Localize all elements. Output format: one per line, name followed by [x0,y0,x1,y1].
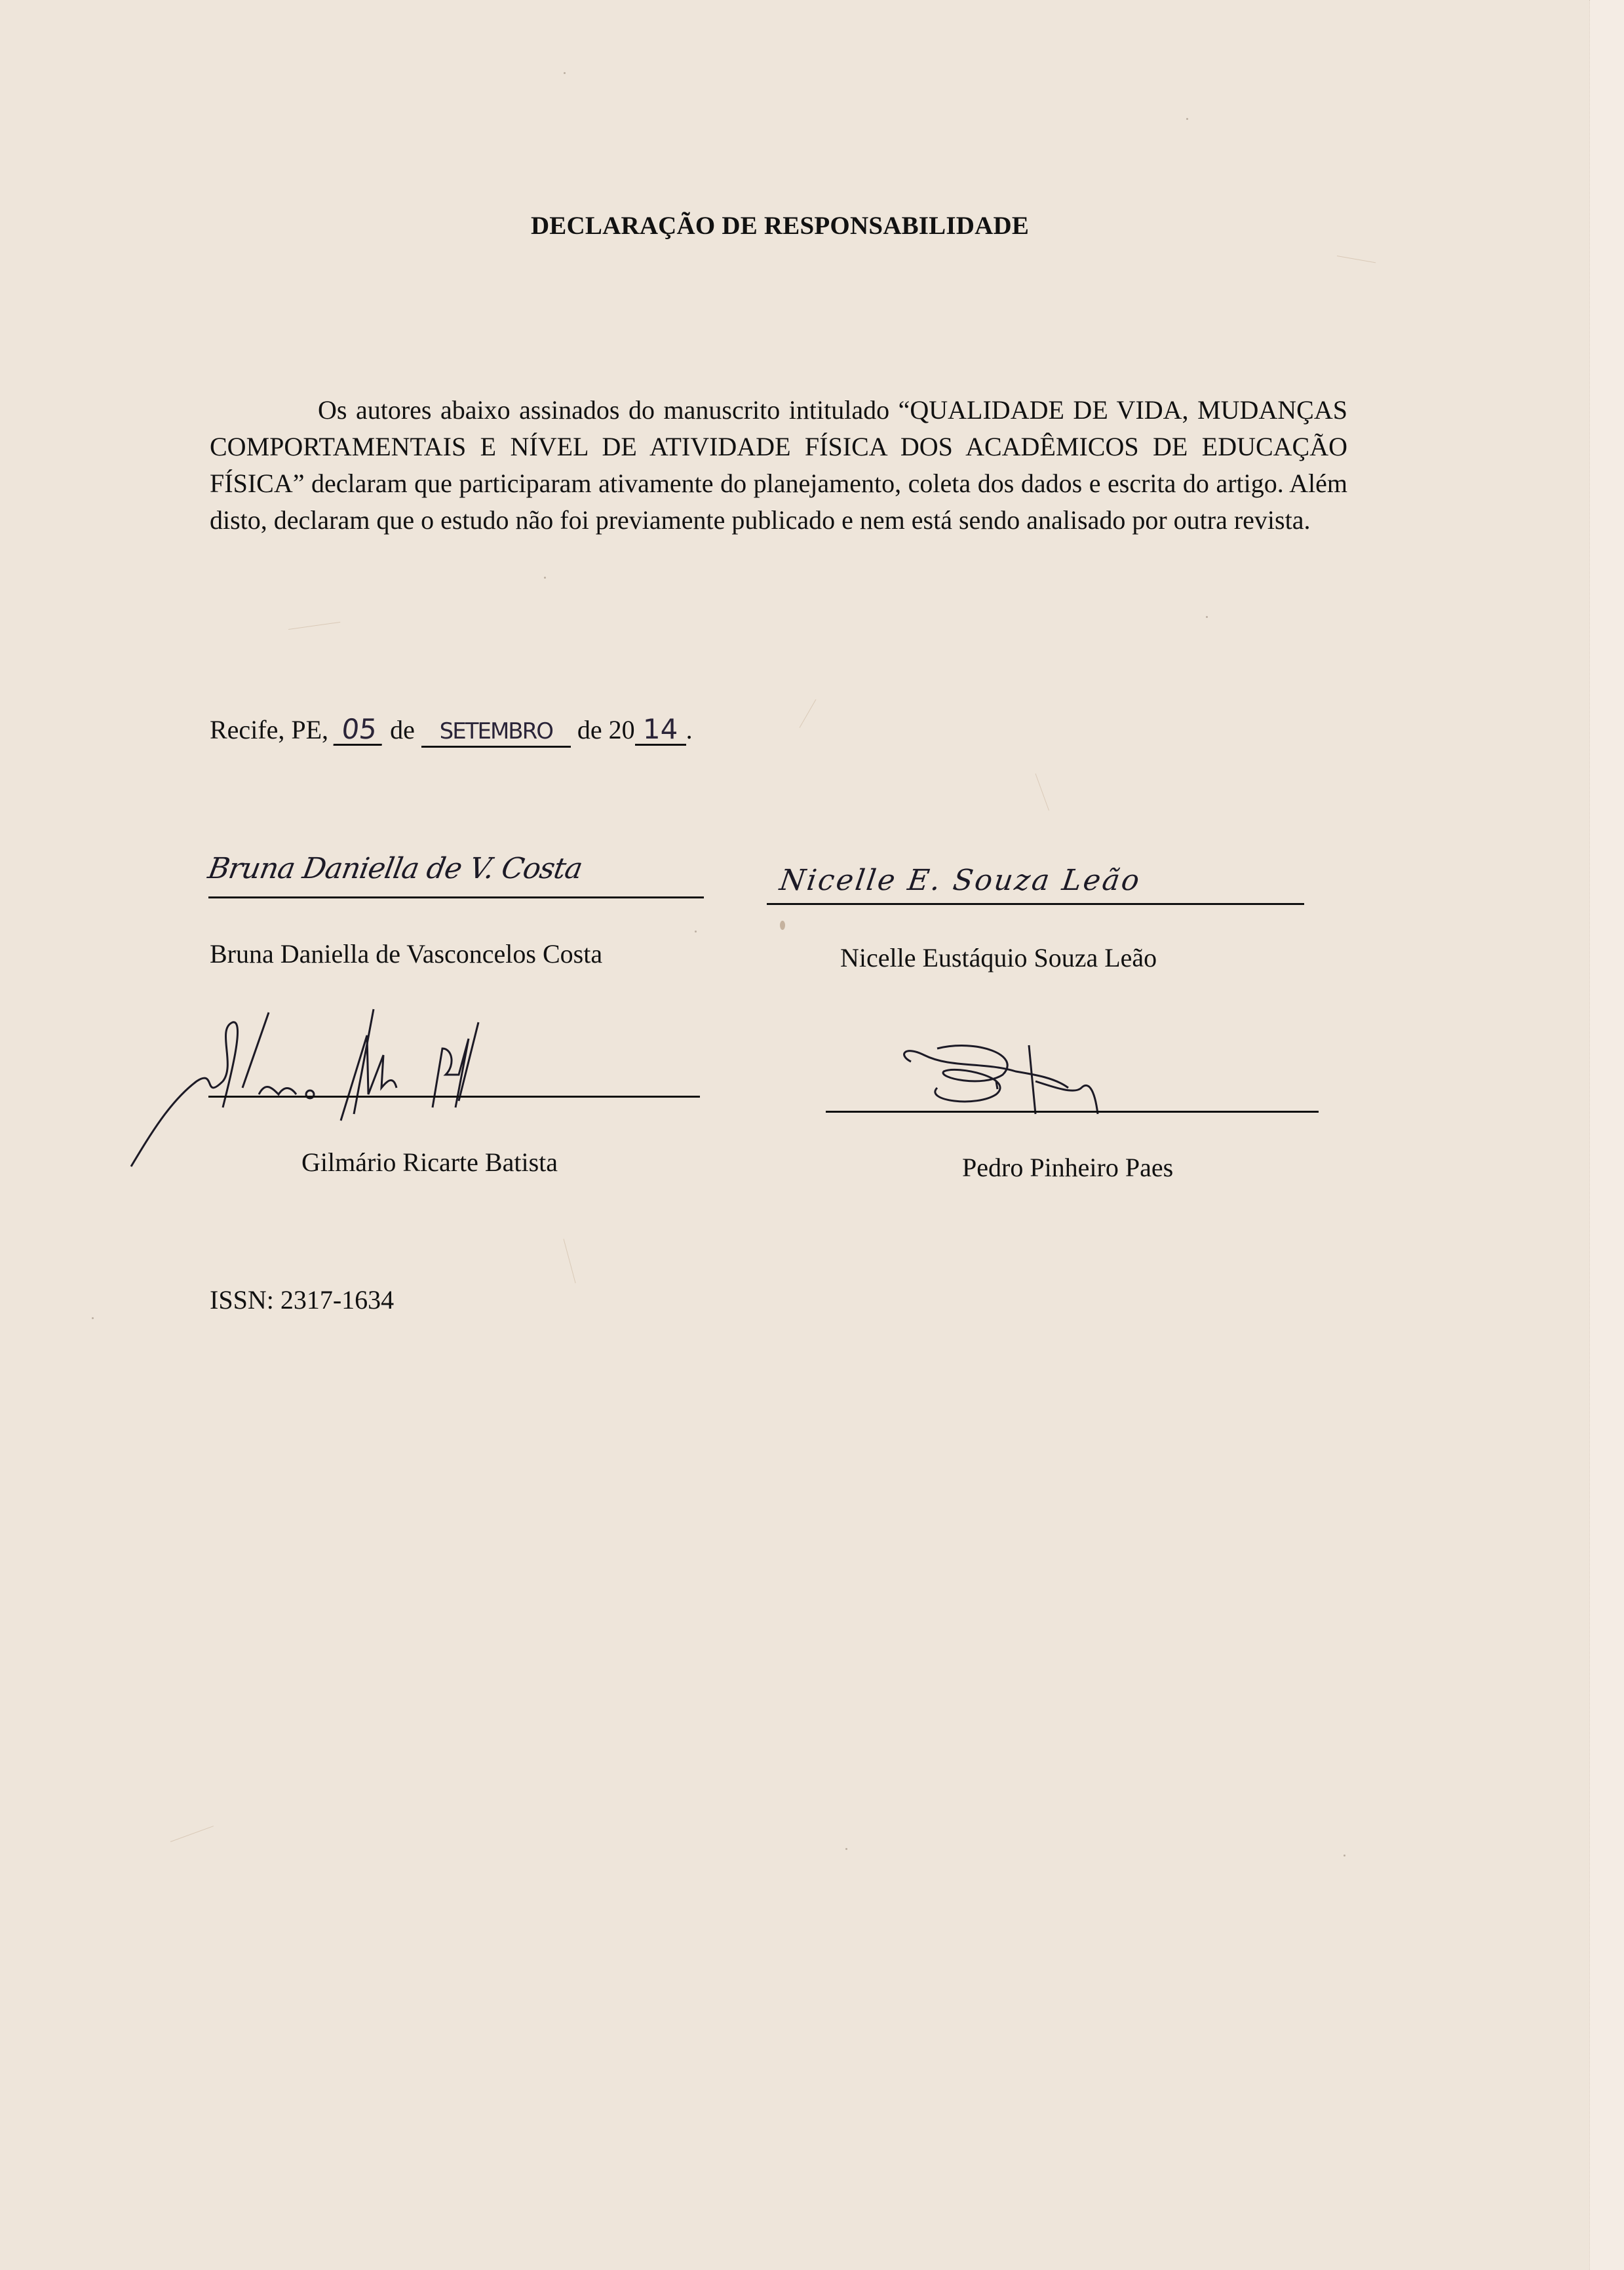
date-line: Recife, PE, 05 de SETEMBRO de 2014. [210,714,693,748]
signatory-name: Nicelle Eustáquio Souza Leão [840,942,1157,973]
issn-label: ISSN: 2317-1634 [210,1284,394,1315]
signatory-name: Gilmário Ricarte Batista [301,1147,558,1178]
handwritten-signature: Bruna Daniella de V. Costa [206,852,585,885]
handwritten-signature [898,1042,1160,1121]
date-day-field: 05 [334,715,385,746]
date-month-field: SETEMBRO [421,717,571,748]
signature-line [208,896,704,898]
signature-line [208,1096,700,1098]
document-title: DECLARAÇÃO DE RESPONSABILIDADE [0,211,1560,240]
date-de-1: de [390,715,415,744]
date-prefix: Recife, PE, [210,715,328,744]
signatory-name: Bruna Daniella de Vasconcelos Costa [210,938,602,969]
handwritten-signature: Nicelle E. Souza Leão [777,864,1143,897]
signatory-name: Pedro Pinheiro Paes [962,1152,1173,1183]
signature-line [826,1111,1319,1113]
date-suffix: . [686,715,693,744]
date-de-2: de 20 [577,715,635,744]
declaration-paragraph: Os autores abaixo assinados do manuscrit… [210,392,1347,539]
signature-line [767,903,1304,905]
date-year-field: 14 [635,715,686,746]
paper-edge [1589,0,1624,2270]
